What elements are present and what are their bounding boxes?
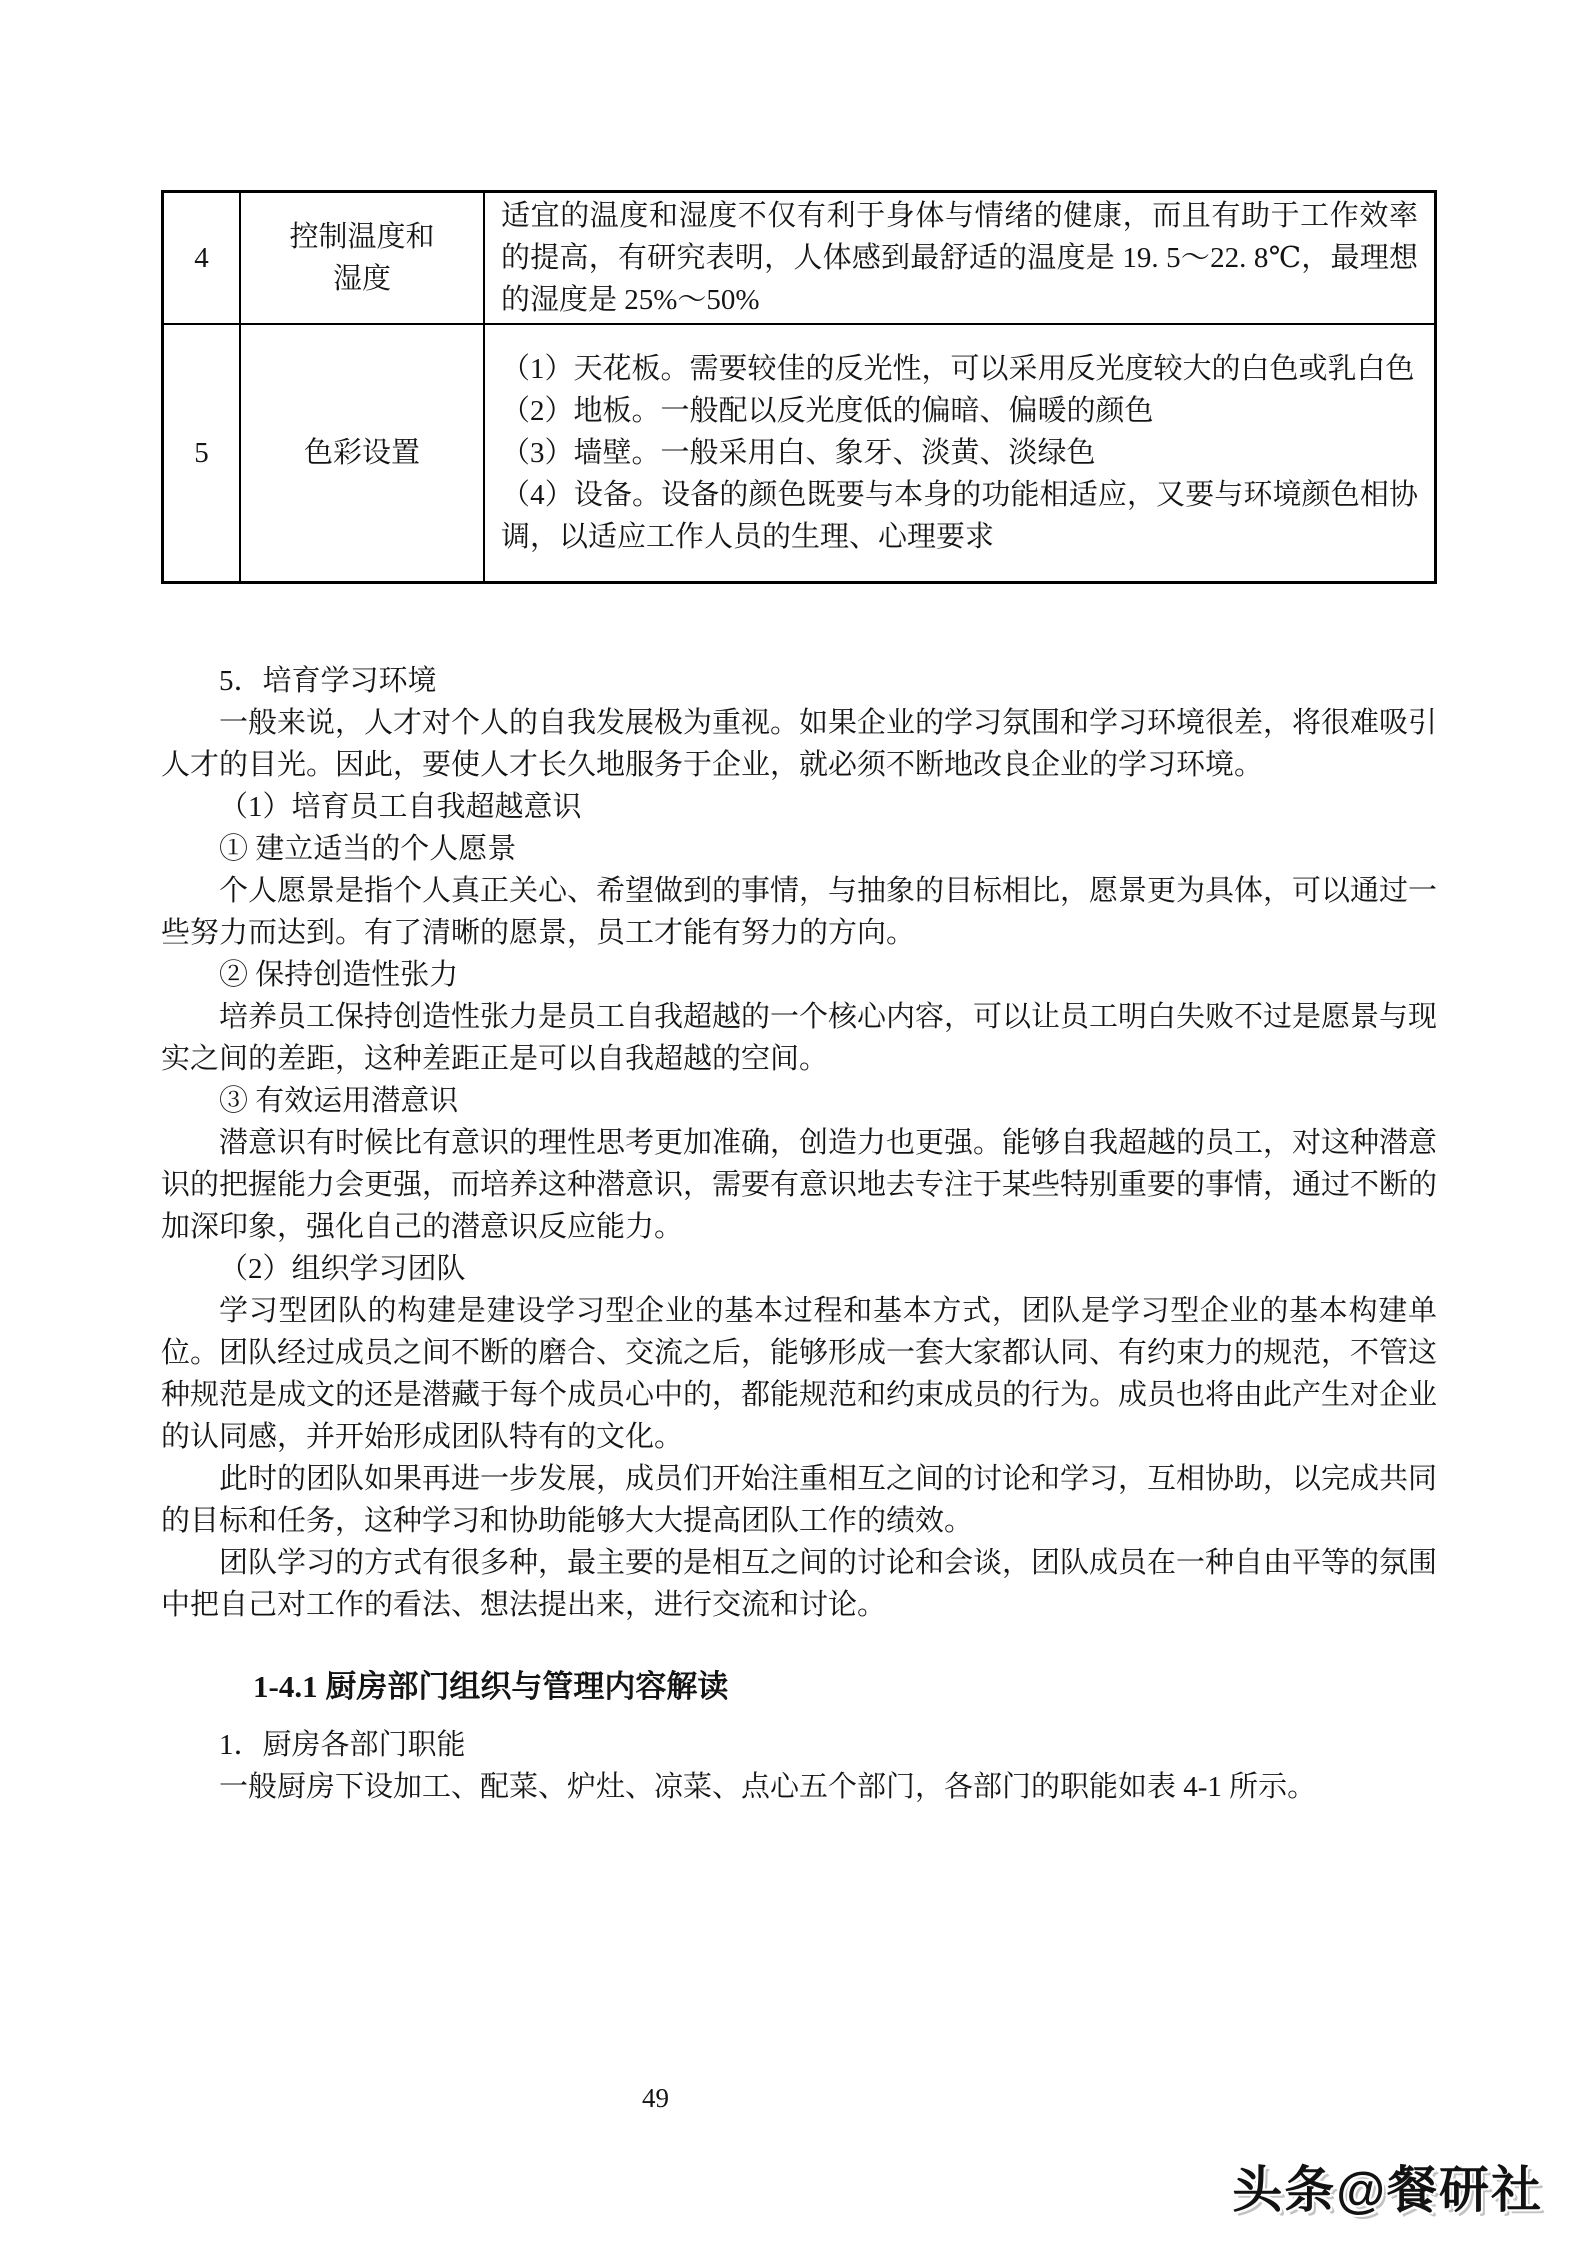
page-number: 49	[642, 2083, 669, 2113]
paragraph: （1）培育员工自我超越意识	[161, 786, 1437, 828]
paragraph: （2）组织学习团队	[161, 1248, 1437, 1290]
paragraph: 一般厨房下设加工、配菜、炉灶、凉菜、点心五个部门，各部门的职能如表 4-1 所示…	[161, 1766, 1437, 1808]
paragraph: 5．培育学习环境	[161, 660, 1437, 702]
paragraph: ① 建立适当的个人愿景	[161, 828, 1437, 870]
paragraph: 培养员工保持创造性张力是员工自我超越的一个核心内容，可以让员工明白失败不过是愿景…	[161, 996, 1437, 1080]
environment-factors-table: 4 控制温度和湿度 适宜的温度和湿度不仅有利于身体与情绪的健康，而且有助于工作效…	[161, 190, 1437, 584]
table-content-line: （2）地板。一般配以反光度低的偏暗、偏暖的颜色	[501, 390, 1418, 432]
table-cell-content: 适宜的温度和湿度不仅有利于身体与情绪的健康，而且有助于工作效率的提高，有研究表明…	[484, 192, 1436, 325]
paragraph: 此时的团队如果再进一步发展，成员们开始注重相互之间的讨论和学习，互相协助，以完成…	[161, 1458, 1437, 1542]
document-page: 4 控制温度和湿度 适宜的温度和湿度不仅有利于身体与情绪的健康，而且有助于工作效…	[0, 0, 1587, 2245]
section-heading: 1-4.1 厨房部门组织与管理内容解读	[161, 1664, 1437, 1710]
table-cell-label: 色彩设置	[240, 324, 484, 583]
table-content-line: （3）墙壁。一般采用白、象牙、淡黄、淡绿色	[501, 432, 1418, 474]
watermark: 头条@餐研社	[1232, 2150, 1543, 2222]
table-cell-label: 控制温度和湿度	[240, 192, 484, 325]
table-cell-content: （1）天花板。需要较佳的反光性，可以采用反光度较大的白色或乳白色 （2）地板。一…	[484, 324, 1436, 583]
body-text: 5．培育学习环境 一般来说，人才对个人的自我发展极为重视。如果企业的学习氛围和学…	[161, 660, 1437, 1626]
table-row: 5 色彩设置 （1）天花板。需要较佳的反光性，可以采用反光度较大的白色或乳白色 …	[163, 324, 1436, 583]
paragraph: 学习型团队的构建是建设学习型企业的基本过程和基本方式，团队是学习型企业的基本构建…	[161, 1290, 1437, 1458]
paragraph: 个人愿景是指个人真正关心、希望做到的事情，与抽象的目标相比，愿景更为具体，可以通…	[161, 870, 1437, 954]
paragraph: 潜意识有时候比有意识的理性思考更加准确，创造力也更强。能够自我超越的员工，对这种…	[161, 1122, 1437, 1248]
paragraph: 团队学习的方式有很多种，最主要的是相互之间的讨论和会谈，团队成员在一种自由平等的…	[161, 1542, 1437, 1626]
table-content-line: （1）天花板。需要较佳的反光性，可以采用反光度较大的白色或乳白色	[501, 348, 1418, 390]
page-content: 4 控制温度和湿度 适宜的温度和湿度不仅有利于身体与情绪的健康，而且有助于工作效…	[161, 190, 1437, 1808]
table-row: 4 控制温度和湿度 适宜的温度和湿度不仅有利于身体与情绪的健康，而且有助于工作效…	[163, 192, 1436, 325]
table-content-line: （4）设备。设备的颜色既要与本身的功能相适应，又要与环境颜色相协调，以适应工作人…	[501, 474, 1418, 558]
table-content-line: 适宜的温度和湿度不仅有利于身体与情绪的健康，而且有助于工作效率的提高，有研究表明…	[501, 195, 1418, 321]
paragraph: 一般来说，人才对个人的自我发展极为重视。如果企业的学习氛围和学习环境很差，将很难…	[161, 702, 1437, 786]
paragraph: ③ 有效运用潜意识	[161, 1080, 1437, 1122]
paragraph: 1．厨房各部门职能	[161, 1724, 1437, 1766]
section-body: 1．厨房各部门职能 一般厨房下设加工、配菜、炉灶、凉菜、点心五个部门，各部门的职…	[161, 1724, 1437, 1808]
table-cell-number: 4	[163, 192, 241, 325]
table-label-text: 色彩设置	[278, 432, 446, 474]
table-cell-number: 5	[163, 324, 241, 583]
table-label-text: 控制温度和湿度	[278, 216, 446, 300]
paragraph: ② 保持创造性张力	[161, 954, 1437, 996]
